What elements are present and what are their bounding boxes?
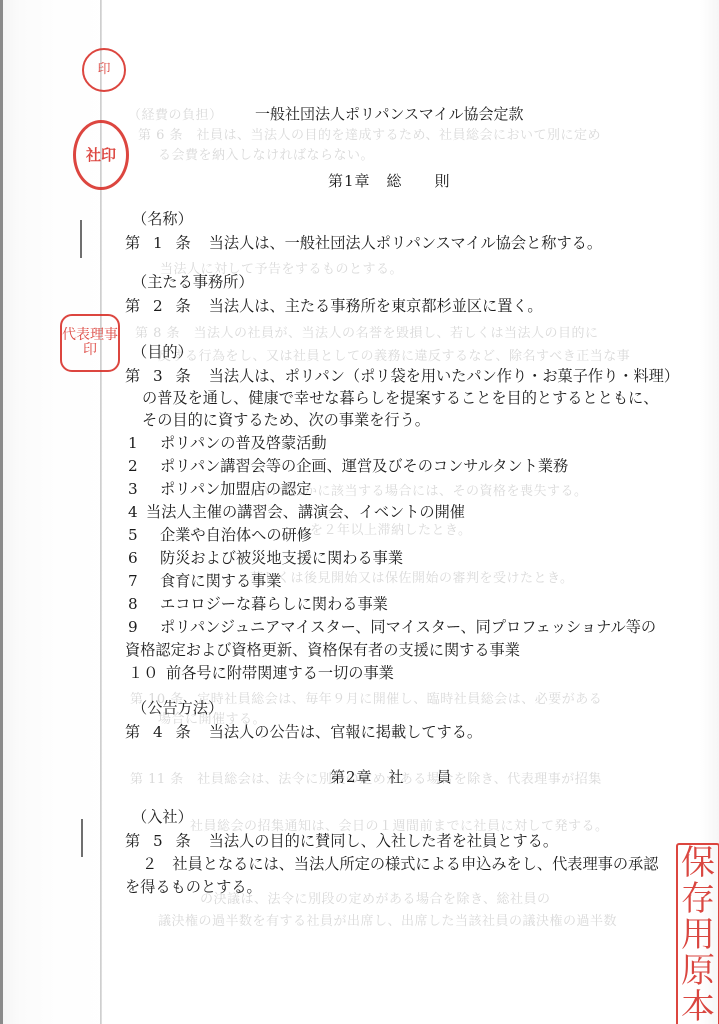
show-through-text: 議決権の過半数を有する社員が出席し、出席した当該社員の議決権の過半数 <box>158 910 617 929</box>
chapter-2-heading: 第2章 社 員 <box>330 766 453 787</box>
article-number: 第 4 条 <box>125 721 195 743</box>
article-2: 第 2 条当法人は、主たる事務所を東京都杉並区に置く。 <box>125 295 543 317</box>
purpose-item: 2ポリパン講習会等の企画、運営及びそのコンサルタント業務 <box>128 455 568 477</box>
article-text: 当法人の公告は、官報に掲載してする。 <box>209 723 482 741</box>
show-through-text: （経費の負担） <box>128 104 223 123</box>
item-text: 資格認定および資格更新、資格保有者の支援に関する事業 <box>125 641 520 659</box>
item-number: 5 <box>128 524 160 546</box>
stamp-char: 本 <box>681 989 715 1024</box>
article-text: 当法人は、ポリパン（ポリ袋を用いたパン作り・お菓子作り・料理） <box>209 367 679 385</box>
item-number: 4 <box>128 501 146 523</box>
article-2-caption: （主たる事務所） <box>132 271 254 293</box>
purpose-item: 9ポリパンジュニアマイスター、同マイスター、同プロフェッショナル等の <box>128 616 656 638</box>
item-number: １０ <box>128 662 166 684</box>
show-through-text: 第 6 条 社員は、当法人の目的を達成するため、社員総会において別に定め <box>138 124 601 143</box>
purpose-item: 3ポリパン加盟店の認定 <box>128 478 311 500</box>
item-text: エコロジーな暮らしに関わる事業 <box>160 595 388 613</box>
article-1: 第 1 条当法人は、一般社団法人ポリパンスマイル協会と称する。 <box>125 232 602 254</box>
show-through-text: る会費を納入しなければならない。 <box>158 144 374 163</box>
purpose-item: １０前各号に附帯関連する一切の事業 <box>128 662 394 684</box>
article-5-paragraph-2: ２ 社員となるには、当法人所定の様式による申込みをし、代表理事の承認 <box>142 853 658 875</box>
item-number: 3 <box>128 478 160 500</box>
item-text: 防災および被災地支援に関わる事業 <box>160 549 403 567</box>
purpose-item: 7食育に関する事業 <box>128 570 282 592</box>
article-text: 当法人は、主たる事務所を東京都杉並区に置く。 <box>209 297 543 315</box>
binding-mark-top <box>80 220 82 258</box>
article-4: 第 4 条当法人の公告は、官報に掲載してする。 <box>125 721 482 743</box>
article-5-paragraph-2-continuation: を得るものとする。 <box>125 876 262 898</box>
item-number: 1 <box>128 432 160 454</box>
item-number: 8 <box>128 593 160 615</box>
show-through-text: 第 8 条 当法人の社員が、当法人の名誉を毀損し、若しくは当法人の目的に <box>135 322 599 341</box>
item-text: 企業や自治体への研修 <box>160 526 312 544</box>
purpose-item: 6防災および被災地支援に関わる事業 <box>128 547 403 569</box>
item-number: 7 <box>128 570 160 592</box>
article-1-caption: （名称） <box>132 208 193 230</box>
show-through-text: 若しくは後見開始又は保佐開始の審判を受けたとき。 <box>250 567 573 586</box>
item-number: 2 <box>128 455 160 477</box>
article-number: 第 2 条 <box>125 295 195 317</box>
item-text: ポリパン加盟店の認定 <box>160 480 311 498</box>
article-number: 第 5 条 <box>125 830 195 852</box>
seal-text: 印 <box>97 63 110 77</box>
item-number: 6 <box>128 547 160 569</box>
oval-company-seal: 社印 <box>73 120 129 190</box>
article-3-caption: （目的） <box>132 341 193 363</box>
purpose-item: 8エコロジーな暮らしに関わる事業 <box>128 593 388 615</box>
purpose-item: 4当法人主催の講習会、講演会、イベントの開催 <box>128 501 465 523</box>
article-5: 第 5 条当法人の目的に賛同し、入社した者を社員とする。 <box>125 830 558 852</box>
show-through-text: 反する行為をし、又は社員としての義務に違反するなど、除名すべき正当な事 <box>158 345 630 364</box>
archive-original-stamp: 保 存 用 原 本 <box>676 843 719 1024</box>
article-3: 第 3 条当法人は、ポリパン（ポリ袋を用いたパン作り・お菓子作り・料理） <box>125 365 679 387</box>
chapter-1-heading: 第1章 総 則 <box>328 170 451 191</box>
article-number: 第 1 条 <box>125 232 195 254</box>
purpose-item-continuation: 資格認定および資格更新、資格保有者の支援に関する事業 <box>125 639 520 661</box>
stamp-char: 原 <box>681 953 715 989</box>
page-edge <box>0 0 3 1024</box>
stamp-char: 保 <box>681 845 715 881</box>
binding-mark-bottom <box>81 819 83 857</box>
item-text: ポリパンジュニアマイスター、同マイスター、同プロフェッショナル等の <box>160 618 656 636</box>
article-3-continuation: の普及を通し、健康で幸せな暮らしを提案することを目的とするとともに、 <box>142 387 658 409</box>
purpose-item: 5企業や自治体への研修 <box>128 524 312 546</box>
round-seal-small: 印 <box>82 48 126 92</box>
item-text: ポリパンの普及啓蒙活動 <box>160 434 327 452</box>
stamp-char: 用 <box>681 917 715 953</box>
item-text: 前各号に附帯関連する一切の事業 <box>166 664 394 682</box>
scanned-page: （経費の負担） 第 6 条 社員は、当法人の目的を達成するため、社員総会において… <box>0 0 719 1024</box>
article-5-caption: （入社） <box>132 806 193 828</box>
article-text: 当法人は、一般社団法人ポリパンスマイル協会と称する。 <box>209 234 602 252</box>
item-text: 当法人主催の講習会、講演会、イベントの開催 <box>146 503 465 521</box>
purpose-item: 1ポリパンの普及啓蒙活動 <box>128 432 327 454</box>
article-text: 当法人の目的に賛同し、入社した者を社員とする。 <box>209 832 558 850</box>
stamp-char: 存 <box>681 881 715 917</box>
document-title: 一般社団法人ポリパンスマイル協会定款 <box>255 103 524 124</box>
seal-text: 社印 <box>86 147 116 164</box>
article-number: 第 3 条 <box>125 365 195 387</box>
item-text: ポリパン講習会等の企画、運営及びそのコンサルタント業務 <box>160 457 568 475</box>
seal-text: 代表理事印 <box>62 328 118 358</box>
square-representative-seal: 代表理事印 <box>60 314 120 372</box>
item-number: 9 <box>128 616 160 638</box>
item-text: 食育に関する事業 <box>160 572 282 590</box>
article-3-continuation: その目的に資するため、次の事業を行う。 <box>142 409 430 431</box>
article-4-caption: （公告方法） <box>132 697 223 719</box>
